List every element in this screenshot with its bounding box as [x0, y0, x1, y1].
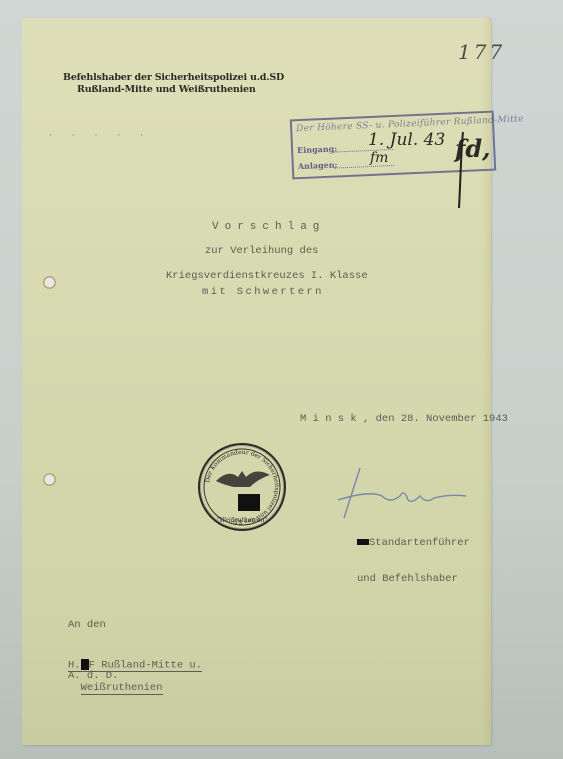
punch-hole: [43, 276, 56, 289]
position-title: und Befehlshaber: [357, 573, 470, 585]
handwritten-date: 1. Jul. 43: [368, 130, 445, 150]
recipient-address: H.F Rußland-Mitte u. Weißruthenien: [68, 637, 202, 695]
recipient-salutation: An den: [68, 619, 106, 631]
letterhead-line2: Rußland-Mitte und Weißruthenien: [63, 84, 284, 96]
award-name: Kriegsverdienstkreuzes I. Klasse: [166, 270, 368, 282]
place-date: M i n s k , den 28. November 1943: [300, 413, 508, 425]
redaction-block: [81, 659, 89, 670]
signature-stroke: [455, 130, 467, 210]
punch-hole: [43, 473, 56, 486]
handwritten-initials: fm: [370, 150, 388, 166]
official-seal: Der Kommandeur der Sicherheitspolizei un…: [198, 443, 286, 531]
rank-title: Standartenführer: [369, 537, 470, 549]
letterhead: Befehlshaber der Sicherheitspolizei u.d.…: [63, 72, 284, 96]
redaction-block: [238, 494, 260, 511]
recipient-note: A. d. D.: [68, 670, 118, 682]
document-subtitle: zur Verleihung des: [205, 245, 318, 257]
svg-text:"Weißruthenien": "Weißruthenien": [217, 517, 268, 524]
typewriter-dots: ·····: [48, 131, 162, 140]
award-class: mit Schwertern: [202, 286, 324, 298]
letterhead-line1: Befehlshaber der Sicherheitspolizei u.d.…: [63, 72, 284, 84]
redaction-block: [357, 539, 369, 545]
document-title: Vorschlag: [212, 221, 325, 233]
stamp-label-received: Eingang:: [297, 143, 337, 155]
page-number: 177: [458, 40, 505, 64]
stamp-label-attachments: Anlagen:: [298, 159, 338, 171]
signature-block: Standartenführer und Befehlshaber: [357, 513, 470, 597]
